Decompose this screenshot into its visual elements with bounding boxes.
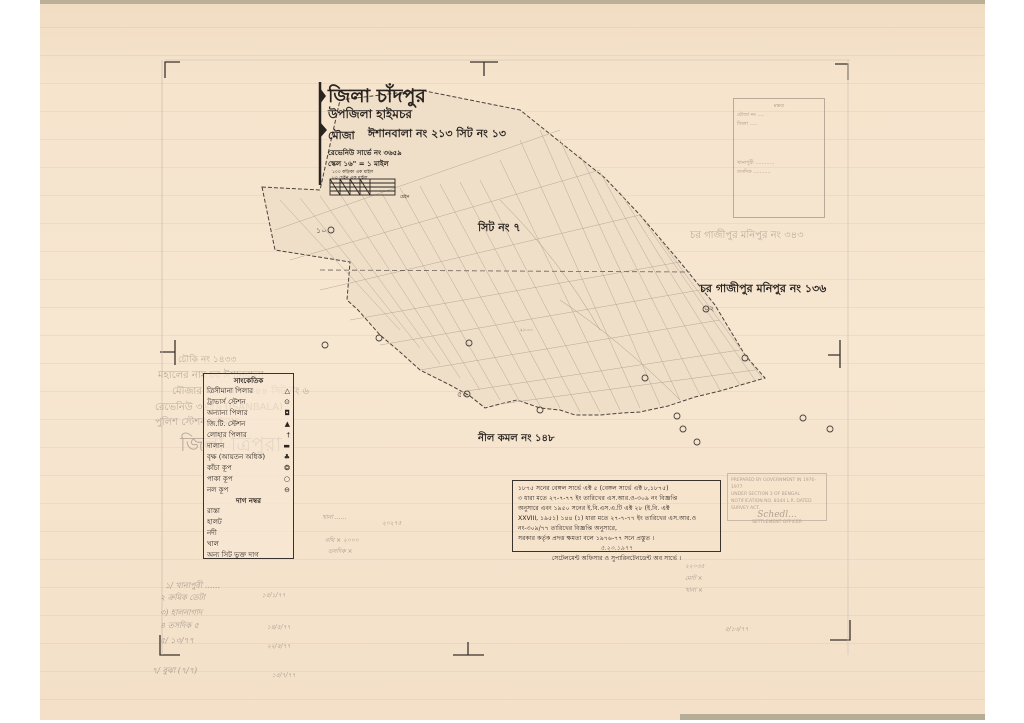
legend-title: সাংকেতিক	[207, 376, 290, 386]
plot-label: ১০	[316, 225, 326, 238]
pencil-note: ২২০৩৫	[685, 561, 705, 572]
scale-bar-label: চেইন	[400, 194, 409, 201]
pucca-well-icon: ○	[284, 474, 290, 485]
pencil-note: খানা ......	[322, 512, 346, 523]
building-icon: ▬	[283, 441, 290, 452]
cert-line: নং-৩০৯/৭৭ তারিখের বিজ্ঞপ্তি অনুসারে,	[518, 524, 715, 534]
pencil-note: ৪ তসদিক ৫	[160, 620, 199, 633]
pencil-note: ৫/ ১৩/৭৭	[160, 635, 194, 648]
pencil-note: ২০২৭৫	[382, 518, 402, 529]
pencil-date: ১৫/৭/৭৭	[272, 670, 296, 681]
remarks-row: জিলা .....	[737, 120, 821, 129]
remarks-title: মন্তব্য	[737, 102, 821, 111]
legend-item: ট্রাভার্স স্টেশন⊙	[207, 397, 290, 408]
pencil-note: মোট ×	[685, 573, 703, 584]
pencil-note: ৩) হালনাগাদ	[160, 607, 202, 620]
tree-icon: ♣	[284, 452, 290, 463]
gt-station-icon: ▲	[285, 419, 290, 430]
legend-item: দালান▬	[207, 441, 290, 452]
legend-item: নল কূপ⊖	[207, 485, 290, 496]
legend-item: পাকা কূপ○	[207, 474, 290, 485]
upazila-title: উপজিলা হাইমচর	[328, 106, 412, 126]
mouza-map-drawing	[0, 0, 1024, 723]
pencil-note: তসদিক ×	[328, 546, 352, 557]
traverse-station-icon: ⊙	[284, 397, 290, 408]
iron-pillar-icon: †	[287, 430, 291, 441]
pencil-note: খানা ×	[685, 585, 703, 596]
legend-line: খাল	[207, 539, 290, 550]
legend-subtitle: দাগ নম্বর	[207, 496, 290, 506]
stamp-officer: SETTLEMENT OFFICER	[731, 519, 823, 526]
map-legend: সাংকেতিক ত্রিসীমানা পিলার△ ট্রাভার্স স্ট…	[203, 373, 294, 559]
cert-line: XXVIII, ১৯৫১) ১৪৪ (১) ধারা মতে ২৭-৭-৭৭ ই…	[518, 514, 715, 524]
legend-item: লোহার পিলার†	[207, 430, 290, 441]
legend-line: হালট	[207, 517, 290, 528]
remarks-row: মৌজা নং ....	[737, 111, 821, 120]
scale-note-2: ৮০ চেইন এক মাইল	[332, 175, 368, 182]
legend-line: নদী	[207, 528, 290, 539]
plot-label: ০২	[704, 303, 714, 316]
pencil-note: নথি × ২০০০	[325, 535, 359, 546]
stamp-line: UNDER SECTION 3 OF BENGAL	[731, 491, 823, 498]
legend-item: অন্যান্য পিলার◘	[207, 408, 290, 419]
other-pillar-icon: ◘	[284, 408, 290, 419]
certification-box: ১৮৭৫ সনের বেঙ্গল সার্ভে এক্ট ৫ (বেঙ্গল স…	[512, 480, 721, 552]
center-plot-number: ২১০০০	[520, 327, 533, 334]
adjacent-mouza-east: চর গাজীপুর মনিপুর নং ১৩৬	[700, 280, 826, 299]
remarks-note: খানাপুরী ............	[737, 159, 821, 168]
mouza-label: মৌজা	[328, 127, 355, 146]
remarks-box: মন্তব্য মৌজা নং .... জিলা ..... খানাপুরী…	[733, 98, 825, 218]
pencil-date: ১৫/১/৭৭	[262, 590, 286, 601]
tri-junction-pillar-icon: △	[285, 386, 290, 397]
faint-text: চৌকি নং ১৪৩৩	[178, 352, 236, 367]
plot-label: ৫০	[457, 389, 467, 402]
kutcha-well-icon: ❂	[284, 463, 290, 474]
cert-line: সরকার কর্তৃক প্রদত্ত ক্ষমতা বলে ১৯৭৬-৭৭ …	[518, 534, 715, 544]
mouza-name: ঈশানবালা নং ২১৩ সিট নং ১৩	[368, 125, 506, 144]
cert-line: ৩ ধারা মতে ২৭-৭-৭৭ ইং তারিখের এস.আর.ও-৩০…	[518, 494, 715, 504]
legend-line: রাস্তা	[207, 506, 290, 517]
adjacent-mouza-east-faint: চর গাজীপুর মনিপুর নং ৩৪৩	[690, 228, 804, 245]
stamp-line: PREPARED BY GOVERNMENT IN 1976-1977	[731, 477, 823, 491]
pencil-date: ২২/৫/৭৭	[267, 641, 291, 652]
pencil-note: ২ ক্রমিক ডেটা	[160, 592, 205, 605]
pencil-note: ৫/১৩/৭৭	[725, 624, 749, 635]
legend-item: ত্রিসীমানা পিলার△	[207, 386, 290, 397]
stamp-line: NOTIFICATION NO. 8344 L.R. DATED	[731, 498, 823, 505]
sheet-number-label: সিট নং ৭	[478, 219, 521, 238]
pencil-date: ১৪/৫/৭৭	[267, 622, 291, 633]
cert-line: অনুসারে এবং ১৯৫০ সনের ই.বি.এস.এ.টি এক্ট …	[518, 504, 715, 514]
legend-item: কাঁচা কূপ❂	[207, 463, 290, 474]
legend-item: জি.টি. স্টেশন▲	[207, 419, 290, 430]
cert-line: ১৮৭৫ সনের বেঙ্গল সার্ভে এক্ট ৫ (বেঙ্গল স…	[518, 484, 715, 494]
adjacent-mouza-south: নীল কমল নং ১৪৮	[478, 431, 554, 448]
stamp-signature: Schedl...	[731, 512, 823, 519]
legend-line: অন্য সিট ভুক্ত দাগ	[207, 550, 290, 561]
pencil-note: ৭/ বুঝা (৭/৭)	[152, 665, 197, 678]
remarks-note: তসদিক ...........	[737, 168, 821, 177]
legend-item: বৃক্ষ (আয়তন অধিক)♣	[207, 452, 290, 463]
settlement-stamp: PREPARED BY GOVERNMENT IN 1976-1977 UNDE…	[727, 473, 827, 521]
tube-well-icon: ⊖	[284, 485, 290, 496]
cert-signature: ৫.২০.১৯৭৭	[518, 544, 715, 554]
